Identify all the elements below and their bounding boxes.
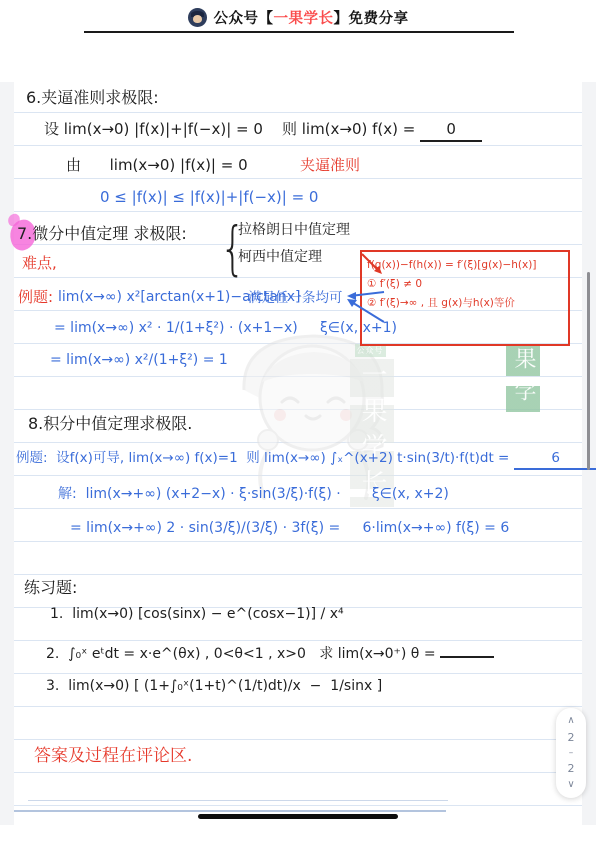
watermark-strip-green-text: 果学	[506, 346, 540, 412]
pager-divider: –	[569, 749, 574, 758]
section6-answer-blank: 0	[420, 120, 482, 142]
practice-problem-1: 1. lim(x→0) [cos(sinx) − e^(cosx−1)] / x…	[50, 606, 344, 624]
chevron-up-icon[interactable]: ∧	[567, 716, 574, 726]
section6-given-text: 设 lim(x→0) |f(x)|+|f(−x)| = 0 则 lim(x→0)…	[44, 120, 415, 138]
page-bottom-line-faint	[28, 800, 448, 801]
section6-by-line: 由 lim(x→0) |f(x)| = 0	[66, 156, 248, 175]
section7-title: 7.微分中值定理 求极限:	[17, 224, 187, 244]
watermark-strip-green: 果学	[506, 346, 536, 412]
section6-squeeze-inequality: 0 ≤ |f(x)| ≤ |f(x)|+|f(−x)| = 0	[100, 188, 318, 207]
practice-problem-2-blank	[440, 655, 494, 658]
practice-problem-2-text: 2. ∫₀ˣ eᵗdt = x·e^(θx) , 0<θ<1 , x>0 求 l…	[46, 646, 436, 662]
header-divider	[84, 31, 514, 33]
screen: 公众号【一果学长】免费分享 公众号 一果学长 果学 6.夹逼	[0, 0, 596, 842]
section6-title: 6.夹逼准则求极限:	[26, 88, 159, 108]
account-avatar-icon	[188, 8, 207, 27]
section7-difficulty-note: 难点,	[22, 254, 57, 273]
pager-total-pages: 2	[568, 763, 575, 774]
chevron-down-icon[interactable]: ∨	[567, 780, 574, 790]
practice-problem-2: 2. ∫₀ˣ eᵗdt = x·e^(θx) , 0<θ<1 , x>0 求 l…	[46, 646, 494, 664]
section8-example: 例题: 设f(x)可导, lim(x→∞) f(x)=1 则 lim(x→∞) …	[16, 450, 596, 470]
page-bottom-line-strong	[14, 810, 446, 812]
header-title-prefix: 公众号【	[214, 11, 274, 27]
header: 公众号【一果学长】免费分享	[0, 7, 596, 28]
scrollbar[interactable]	[587, 272, 590, 470]
page-gutter-left	[0, 82, 14, 825]
header-brand-name: 一果学长	[274, 11, 334, 27]
section8-example-text: 例题: 设f(x)可导, lim(x→∞) f(x)=1 则 lim(x→∞) …	[16, 450, 509, 466]
practice-problem-3: 3. lim(x→0) [ (1+∫₀ˣ(1+t)^(1/t)dt)/x − 1…	[46, 678, 382, 696]
home-indicator[interactable]	[198, 814, 398, 819]
red-box-line1: f(g(x))−f(h(x)) = f′(ξ)[g(x)−h(x)]	[367, 256, 563, 275]
section6-given: 设 lim(x→0) |f(x)|+|f(−x)| = 0 则 lim(x→0)…	[44, 120, 482, 142]
notebook-page: 公众号 一果学长 果学 6.夹逼准则求极限: 设 lim(x→0) |f(x)|…	[14, 82, 582, 825]
red-box-line3: ② f′(ξ)→∞ , 且 g(x)与h(x)等价	[367, 294, 563, 313]
page-navigator: ∧ 2 – 2 ∨	[556, 708, 586, 798]
answers-note: 答案及过程在评论区.	[34, 746, 192, 767]
example7-note: 满足任一条均可	[248, 290, 343, 307]
section7-theorem2: 柯西中值定理	[238, 249, 322, 267]
section7-theorem1: 拉格朗日中值定理	[238, 222, 350, 240]
section8-answer-blank: 6	[514, 450, 596, 470]
section8-final-line: = lim(x→+∞) 2 · sin(3/ξ)/(3/ξ) · 3f(ξ) =…	[70, 520, 509, 538]
header-title: 公众号【一果学长】免费分享	[214, 7, 409, 28]
pager-current-page: 2	[568, 732, 575, 743]
section8-solve-line: 解: lim(x→+∞) (x+2−x) · ξ·sin(3/ξ)·f(ξ) ·…	[58, 486, 449, 504]
example7-step2: = lim(x→∞) x²/(1+ξ²) = 1	[50, 352, 228, 370]
red-box-line2: ① f′(ξ) ≠ 0	[367, 275, 563, 294]
header-title-suffix: 】免费分享	[334, 11, 409, 27]
section8-title: 8.积分中值定理求极限.	[28, 414, 192, 434]
example7-step1: = lim(x→∞) x² · 1/(1+ξ²) · (x+1−x) ξ∈(x,…	[54, 320, 397, 338]
practice-title: 练习题:	[24, 578, 77, 598]
example7-label: 例题:	[18, 288, 53, 307]
section6-squeeze-note: 夹逼准则	[300, 156, 360, 175]
